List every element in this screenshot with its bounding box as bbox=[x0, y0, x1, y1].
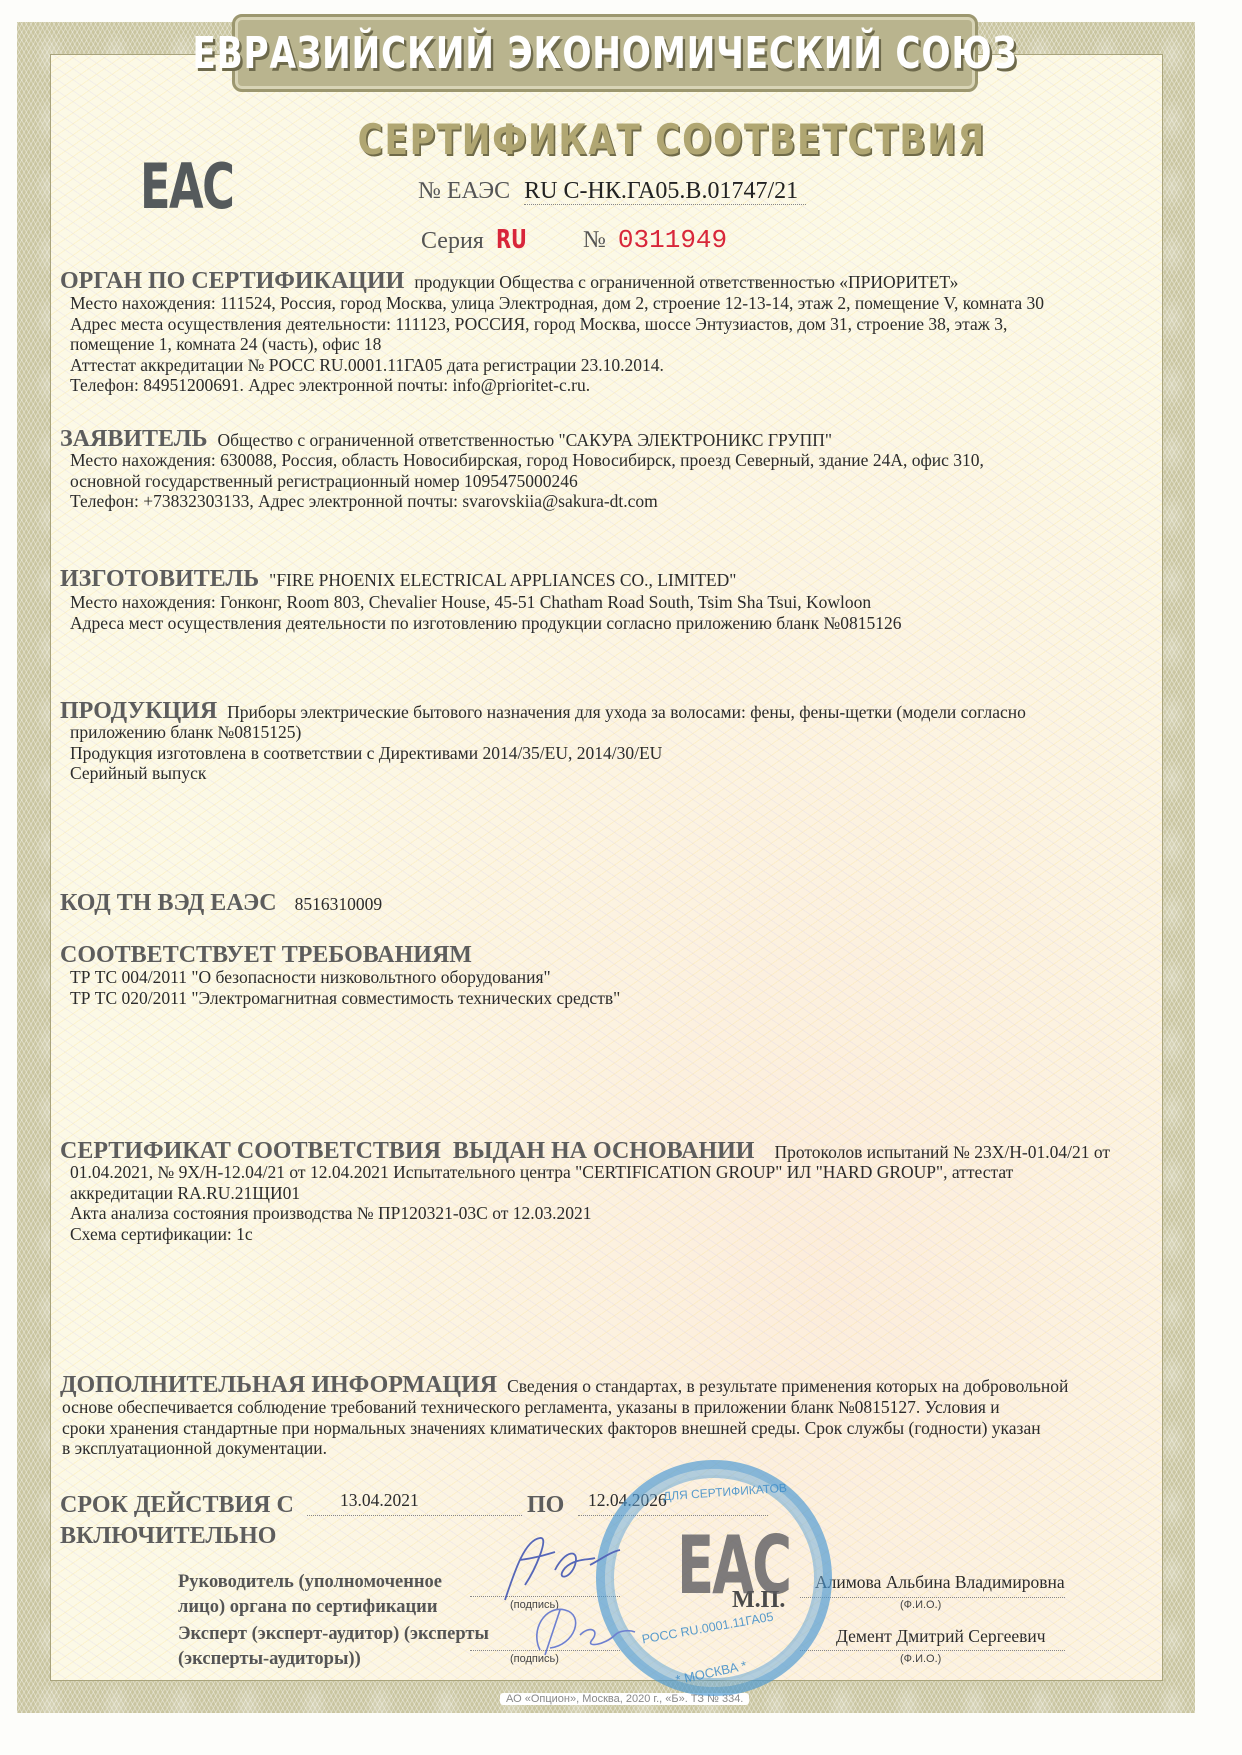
certification-body-heading: ОРГАН ПО СЕРТИФИКАЦИИ bbox=[60, 268, 404, 294]
series-row: Серия RU bbox=[421, 225, 537, 255]
detail-line: Аттестат аккредитации № РОСС RU.0001.11Г… bbox=[70, 355, 1044, 376]
section-applicant: ЗАЯВИТЕЛЬ Общество с ограниченной ответс… bbox=[60, 426, 832, 453]
validity-inclusive-label: ВКЛЮЧИТЕЛЬНО bbox=[60, 1523, 276, 1550]
detail-line: сроки хранения стандартные при нормальны… bbox=[62, 1418, 1041, 1439]
detail-line: Место нахождения: 630088, Россия, област… bbox=[70, 450, 984, 471]
expert-name-line bbox=[800, 1650, 1065, 1651]
eac-logo-icon: ЕАС bbox=[140, 150, 233, 223]
stamp-city: * МОСКВА * bbox=[674, 1658, 748, 1688]
detail-line: Адреса мест осуществления деятельности п… bbox=[70, 613, 901, 634]
certificate-number-row: № ЕАЭС RU С-НК.ГА05.В.01747/21 bbox=[418, 178, 806, 205]
manufacturer-heading: ИЗГОТОВИТЕЛЬ bbox=[60, 566, 259, 592]
basis-heading: СЕРТИФИКАТ СООТВЕТСТВИЯ ВЫДАН НА ОСНОВАН… bbox=[60, 1138, 754, 1164]
requirement-item: ТР ТС 004/2011 "О безопасности низковоль… bbox=[70, 967, 620, 988]
stamp-registration: РОСС RU.0001.11ГА05 bbox=[641, 1610, 775, 1647]
detail-line: в эксплуатационной документации. bbox=[62, 1438, 1041, 1459]
serial-value: 0311949 bbox=[618, 225, 727, 255]
detail-line: Акта анализа состояния производства № ПР… bbox=[70, 1203, 1013, 1224]
section-issued-basis: СЕРТИФИКАТ СООТВЕТСТВИЯ ВЫДАН НА ОСНОВАН… bbox=[60, 1138, 1110, 1165]
validity-from-date: 13.04.2021 bbox=[340, 1490, 419, 1511]
validity-to-label: ПО bbox=[527, 1492, 564, 1519]
head-name-caption: (Ф.И.О.) bbox=[900, 1599, 941, 1611]
applicant-details: Место нахождения: 630088, Россия, област… bbox=[70, 450, 984, 512]
product-lead: Приборы электрические бытового назначени… bbox=[227, 702, 1026, 722]
expert-signature-scribble-icon bbox=[520, 1600, 640, 1660]
section-additional-info: ДОПОЛНИТЕЛЬНАЯ ИНФОРМАЦИЯ Сведения о ста… bbox=[60, 1372, 1068, 1399]
detail-line: аккредитации RA.RU.21ЩИ01 bbox=[70, 1183, 1013, 1204]
official-seal-stamp: ДЛЯ СЕРТИФИКАТОВ ЕАС РОСС RU.0001.11ГА05… bbox=[596, 1460, 832, 1696]
detail-line: помещение 1, комната 24 (часть), офис 18 bbox=[70, 334, 1044, 355]
detail-line: 01.04.2021, № 9Х/Н-12.04/21 от 12.04.202… bbox=[70, 1162, 1013, 1183]
certification-body-details: Место нахождения: 111524, Россия, город … bbox=[70, 293, 1044, 396]
expert-signature-label: Эксперт (эксперт-аудитор) (эксперты (экс… bbox=[178, 1622, 498, 1672]
applicant-heading: ЗАЯВИТЕЛЬ bbox=[60, 426, 207, 452]
product-heading: ПРОДУКЦИЯ bbox=[60, 698, 217, 724]
validity-from-line bbox=[307, 1515, 522, 1516]
detail-line: Продукция изготовлена в соответствии с Д… bbox=[70, 743, 662, 764]
head-signature-label: Руководитель (уполномоченное лицо) орган… bbox=[178, 1570, 478, 1620]
section-certification-body: ОРГАН ПО СЕРТИФИКАЦИИ продукции Общества… bbox=[60, 268, 958, 295]
certificate-title: СЕРТИФИКАТ СООТВЕТСТВИЯ bbox=[358, 115, 883, 164]
detail-line: основе обеспечивается соблюдение требова… bbox=[62, 1397, 1041, 1418]
expert-name-caption: (Ф.И.О.) bbox=[900, 1653, 941, 1665]
detail-line: Место нахождения: 111524, Россия, город … bbox=[70, 293, 1044, 314]
manufacturer-details: Место нахождения: Гонконг, Room 803, Che… bbox=[70, 592, 901, 633]
requirements-list: ТР ТС 004/2011 "О безопасности низковоль… bbox=[70, 967, 620, 1008]
additional-lead: Сведения о стандартах, в результате прим… bbox=[507, 1376, 1068, 1396]
section-manufacturer: ИЗГОТОВИТЕЛЬ "FIRE PHOENIX ELECTRICAL AP… bbox=[60, 566, 736, 593]
additional-heading: ДОПОЛНИТЕЛЬНАЯ ИНФОРМАЦИЯ bbox=[60, 1372, 497, 1398]
number-label: № ЕАЭС bbox=[418, 178, 510, 204]
section-requirements: СООТВЕТСТВУЕТ ТРЕБОВАНИЯМ bbox=[60, 942, 472, 969]
requirements-heading: СООТВЕТСТВУЕТ ТРЕБОВАНИЯМ bbox=[60, 942, 472, 968]
detail-line: Место нахождения: Гонконг, Room 803, Che… bbox=[70, 592, 901, 613]
serial-row: № 0311949 bbox=[583, 225, 727, 255]
section-product: ПРОДУКЦИЯ Приборы электрические бытового… bbox=[60, 698, 1026, 725]
detail-line: Серийный выпуск bbox=[70, 763, 662, 784]
validity-from-label: СРОК ДЕЙСТВИЯ С bbox=[60, 1492, 294, 1519]
basis-details: 01.04.2021, № 9Х/Н-12.04/21 от 12.04.202… bbox=[70, 1162, 1013, 1244]
head-name: Алимова Альбина Владимировна bbox=[815, 1572, 1065, 1593]
hs-code-value: 8516310009 bbox=[295, 894, 383, 914]
serial-label: № bbox=[583, 227, 606, 253]
section-hs-code: КОД ТН ВЭД ЕАЭС 8516310009 bbox=[60, 890, 382, 917]
detail-line: Телефон: +73832303133, Адрес электронной… bbox=[70, 491, 984, 512]
certification-body-lead: продукции Общества с ограниченной ответс… bbox=[414, 272, 958, 292]
detail-line: Схема сертификации: 1с bbox=[70, 1224, 1013, 1245]
certificate-number: RU С-НК.ГА05.В.01747/21 bbox=[524, 178, 806, 205]
expert-name: Демент Дмитрий Сергеевич bbox=[836, 1626, 1046, 1647]
stamp-eac-logo-icon: ЕАС bbox=[677, 1519, 790, 1612]
basis-lead: Протоколов испытаний № 23Х/Н-01.04/21 от bbox=[774, 1142, 1110, 1162]
hs-code-heading: КОД ТН ВЭД ЕАЭС bbox=[60, 890, 277, 916]
detail-line: Адрес места осуществления деятельности: … bbox=[70, 314, 1044, 335]
requirement-item: ТР ТС 020/2011 "Электромагнитная совмест… bbox=[70, 988, 620, 1009]
head-name-line bbox=[800, 1597, 1065, 1598]
series-label: Серия bbox=[421, 228, 484, 254]
additional-details: основе обеспечивается соблюдение требова… bbox=[62, 1397, 1041, 1459]
detail-line: Телефон: 84951200691. Адрес электронной … bbox=[70, 375, 1044, 396]
series-value: RU bbox=[496, 225, 527, 255]
head-signature-scribble-icon bbox=[495, 1530, 625, 1605]
product-details: приложению бланк №0815125) Продукция изг… bbox=[70, 722, 662, 784]
manufacturer-lead: "FIRE PHOENIX ELECTRICAL APPLIANCES CO.,… bbox=[269, 570, 736, 590]
detail-line: основной государственный регистрационный… bbox=[70, 471, 984, 492]
stamp-top-text: ДЛЯ СЕРТИФИКАТОВ bbox=[663, 1481, 788, 1504]
applicant-lead: Общество с ограниченной ответственностью… bbox=[217, 430, 832, 450]
detail-line: приложению бланк №0815125) bbox=[70, 722, 662, 743]
